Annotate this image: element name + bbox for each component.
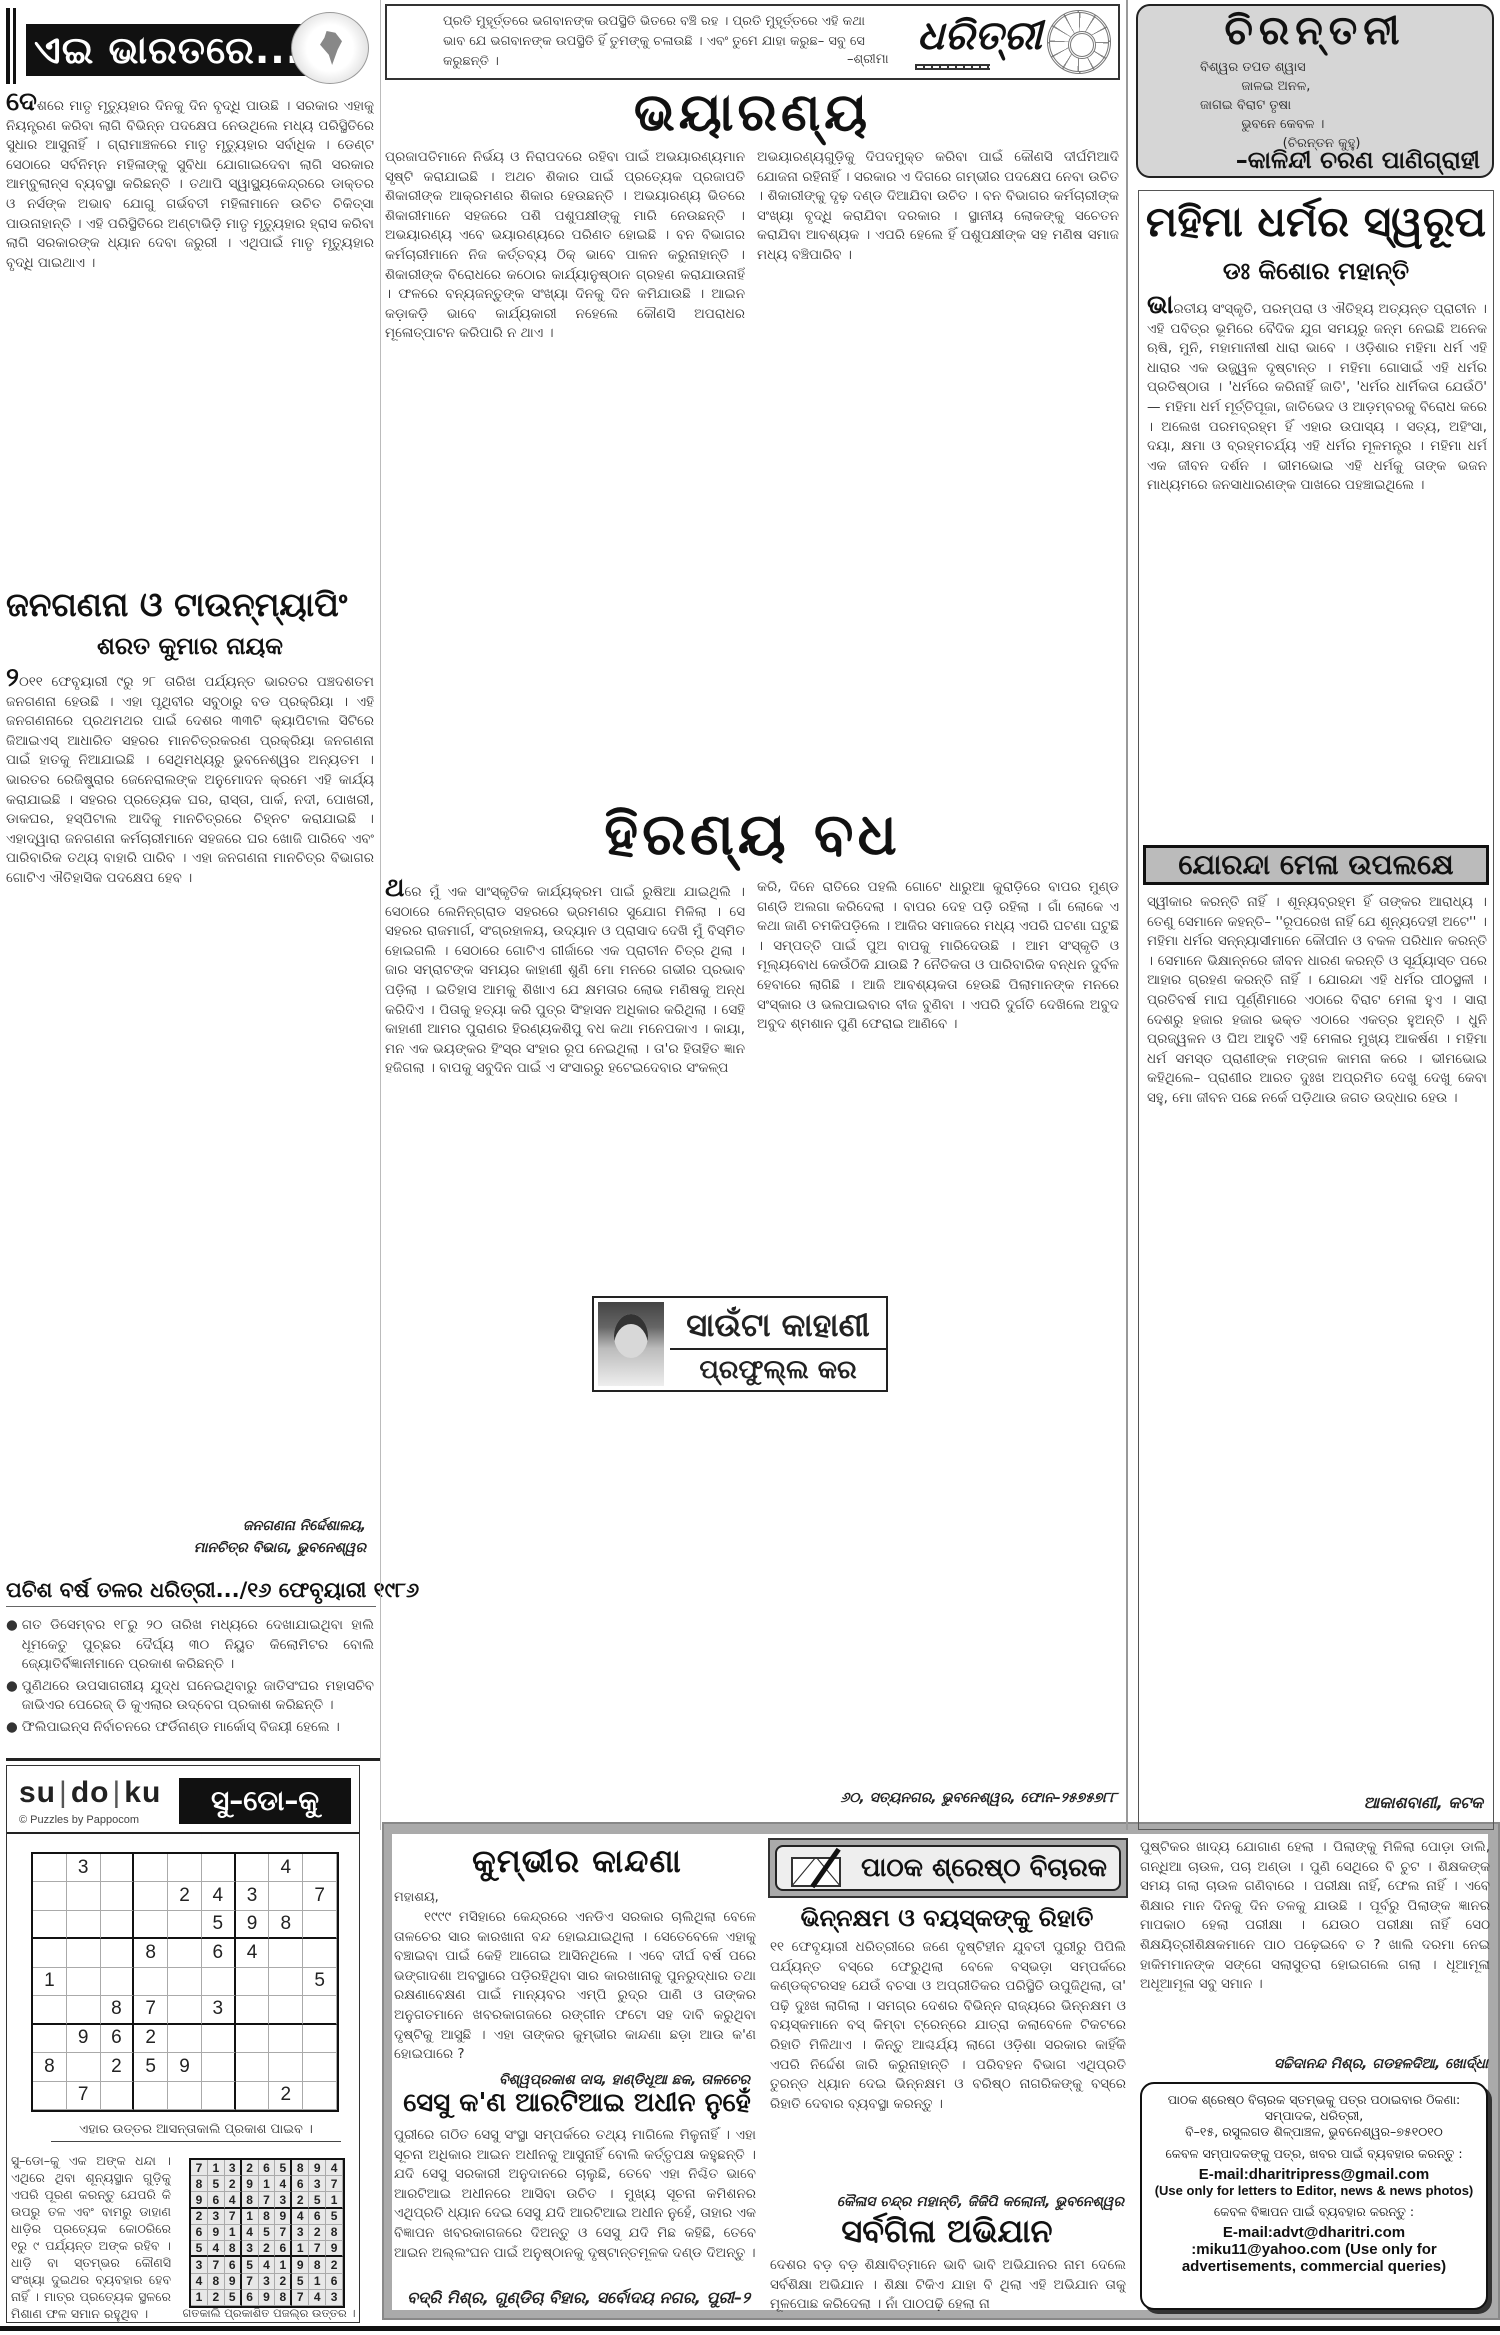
sudoku-cell: 2 — [134, 2025, 168, 2053]
sudoku-header: su|do|ku © Puzzles by Pappocom ସୁ–ଡୋ–କୁ — [7, 1766, 359, 1834]
editor-email-note: (Use only for letters to Editor, news & … — [1142, 2183, 1486, 2198]
kumbhira-signoff: ବିଶ୍ୱପ୍ରକାଶ ଦାସ, ହାଣ୍ଡିଧୂଆ ଛକ, ତାଳଚେର — [394, 2072, 750, 2088]
rti-signoff: ବଦ୍ରି ମିଶ୍ର, ଗୁଣ୍ଡିଚା ବିହାର, ସର୍ବୋଦୟ ନଗର… — [394, 2288, 750, 2308]
article-body: ୦୧୧ ଫେବୃୟାରୀ ୯ରୁ ୨୮ ତାରିଖ ପର୍ଯ୍ୟନ୍ତ ଭାରତ… — [6, 674, 374, 886]
sudoku-cell[interactable] — [33, 1939, 67, 1967]
census-title: ଜନଗଣନା ଓ ଟାଉନ୍ମ୍ୟାପିଂ — [6, 584, 376, 626]
sudoku-cell: 6 — [275, 2241, 292, 2257]
sudoku-cell: 3 — [275, 2192, 292, 2208]
sudoku-cell: 7 — [225, 2209, 242, 2225]
sudoku-cell: 7 — [208, 2257, 225, 2273]
sudoku-cell[interactable] — [67, 2053, 101, 2081]
sudoku-cell[interactable] — [101, 1939, 135, 1967]
sudoku-cell: 1 — [326, 2192, 343, 2208]
sudoku-cell: 5 — [208, 2176, 225, 2192]
twenty-five-years-list: ●ଗତ ଡିସେମ୍ବର ୧୮ରୁ ୨୦ ତାରିଖ ମଧ୍ୟରେ ଦେଖାଯା… — [6, 1616, 374, 1738]
saunta-kahani-title: ସାଉଁଟା କାହାଣୀ — [670, 1300, 886, 1350]
sudoku-cell[interactable] — [202, 2053, 236, 2081]
sudoku-cell[interactable] — [269, 2025, 303, 2053]
sudoku-cell: 2 — [191, 2209, 208, 2225]
sudoku-cell: 9 — [191, 2192, 208, 2208]
list-item: ●ଗତ ଡିସେମ୍ବର ୧୮ରୁ ୨୦ ତାରିଖ ମଧ୍ୟରେ ଦେଖାଯା… — [6, 1616, 374, 1675]
editor-address-box: ପାଠକ ଶ୍ରେଷ୍ଠ ବିଚାରକ ସ୍ତମ୍ଭକୁ ପତ୍ର ପଠାଇବା… — [1140, 2082, 1488, 2310]
sudoku-cell[interactable] — [67, 1882, 101, 1910]
saunta-kahani-box: ସାଉଁଟା କାହାଣୀ ପ୍ରଫୁଲ୍ଲ କର — [592, 1296, 888, 1392]
sudoku-cell: 4 — [242, 2225, 259, 2241]
chirantani-box: ଚିରନ୍ତନୀ ବିଶ୍ୱର ତପତ ଶ୍ୱାସ ଜାଳଇ ଅନଳ, ଜାଗଇ… — [1136, 4, 1494, 178]
list-item: ●ଫିଲିପାଇନ୍ସ ନିର୍ବାଚନରେ ଫର୍ଡିନାଣ୍ଡ ମାର୍କୋ… — [6, 1718, 374, 1738]
sudoku-cell: 3 — [202, 1996, 236, 2024]
sudoku-cell: 3 — [309, 2176, 326, 2192]
sudoku-cell: 3 — [236, 1882, 270, 1910]
sudoku-cell: 2 — [208, 2290, 225, 2306]
sudoku-cell: 8 — [275, 2290, 292, 2306]
sudoku-cell: 9 — [168, 2053, 202, 2081]
sudoku-cell[interactable] — [134, 1882, 168, 1910]
sudoku-cell: 2 — [168, 1882, 202, 1910]
sudoku-cell: 4 — [208, 2241, 225, 2257]
advt-email-link[interactable]: E-mail:advt@dharitri.com — [1142, 2224, 1486, 2241]
bullet-dot-icon: ● — [6, 1677, 18, 1716]
hiranya-badha-title: ହିରଣ୍ୟ ବଧ — [385, 796, 1120, 872]
census-signoff-1: ଜନଗଣନା ନିର୍ଦ୍ଦେଶାଳୟ, — [6, 1518, 366, 1534]
mahima-signoff: ଆକାଶବାଣୀ, କଟକ — [1147, 1793, 1483, 1813]
sudoku-cell[interactable] — [134, 1968, 168, 1996]
sudoku-cell: 7 — [309, 2241, 326, 2257]
sudoku-cell: 2 — [292, 2192, 309, 2208]
sudoku-cell: 5 — [191, 2241, 208, 2257]
sudoku-cell[interactable] — [33, 1996, 67, 2024]
sudoku-copyright: © Puzzles by Pappocom — [19, 1814, 139, 1826]
sudoku-cell: 9 — [275, 2209, 292, 2225]
ei-bharatare-article: ଦେଶରେ ମାତୃ ମୃତ୍ୟୁହାର ଦିନକୁ ଦିନ ବୃଦ୍ଧି ପା… — [6, 92, 374, 576]
sudoku-cell: 8 — [208, 2274, 225, 2290]
sudoku-cell: 6 — [292, 2176, 309, 2192]
sudoku-cell: 3 — [208, 2209, 225, 2225]
sudoku-cell: 9 — [259, 2290, 276, 2306]
sudoku-cell: 1 — [33, 1968, 67, 1996]
sudoku-cell[interactable] — [168, 1854, 202, 1882]
bullet-dot-icon: ● — [6, 1616, 18, 1675]
sudoku-cell[interactable] — [202, 2082, 236, 2110]
bhinnakshama-body: ୧୧ ଫେବୃୟାରୀ ଧରିତ୍ରୀରେ ଜଣେ ଦୃଷ୍ଟିହୀନ ଯୁବତ… — [770, 1938, 1126, 2182]
sudoku-cell: 6 — [225, 2257, 242, 2273]
kumbhira-title: କୁମ୍ଭୀର କାନ୍ଦଣା — [392, 1842, 762, 1881]
sudoku-cell: 2 — [309, 2225, 326, 2241]
dropcap: ୨ — [6, 668, 19, 693]
sudoku-cell: 8 — [191, 2176, 208, 2192]
bullet-dot-icon: ● — [6, 1718, 18, 1738]
sudoku-cell[interactable] — [303, 2053, 337, 2081]
sarvagila-title: ସର୍ବଗିଳା ଅଭିଯାନ — [768, 2212, 1126, 2251]
sudoku-cell: 4 — [191, 2274, 208, 2290]
sudoku-cell: 5 — [242, 2257, 259, 2273]
sudoku-cell: 2 — [275, 2274, 292, 2290]
sudoku-cell[interactable] — [33, 1882, 67, 1910]
sudoku-cell: 5 — [275, 2160, 292, 2176]
sudoku-cell: 8 — [259, 2209, 276, 2225]
sudoku-cell[interactable] — [101, 1911, 135, 1939]
sudoku-cell: 4 — [225, 2192, 242, 2208]
sudoku-cell: 7 — [134, 1996, 168, 2024]
sudoku-cell: 2 — [326, 2257, 343, 2273]
sudoku-cell: 2 — [101, 2053, 135, 2081]
sudoku-odia-badge: ସୁ–ଡୋ–କୁ — [179, 1778, 351, 1824]
ei-bharatare-title: ଏଇ ଭାରତରେ... — [26, 24, 311, 76]
sudoku-cell[interactable] — [202, 2025, 236, 2053]
sudoku-cell: 5 — [326, 2209, 343, 2225]
joranda-mela-title: ଯୋରନ୍ଦା ମେଳା ଉପଲକ୍ଷେ — [1143, 845, 1489, 885]
dropcap: ଭା — [1147, 295, 1173, 320]
mahima-title: ମହିମା ଧର୍ମର ସ୍ୱରୂପ — [1139, 197, 1493, 247]
sudoku-cell[interactable] — [101, 1882, 135, 1910]
wheel-emblem-icon — [1047, 10, 1111, 74]
sudoku-cell: 7 — [303, 1882, 337, 1910]
sudoku-cell[interactable] — [269, 1996, 303, 2024]
sudoku-cell: 3 — [67, 1854, 101, 1882]
quote-attribution: –ଶ୍ରୀମା — [847, 52, 889, 67]
sudoku-cell: 6 — [202, 1939, 236, 1967]
sudoku-cell[interactable] — [134, 2082, 168, 2110]
sudoku-cell: 6 — [191, 2225, 208, 2241]
sudoku-cell[interactable] — [236, 2053, 270, 2081]
sudoku-cell: 8 — [134, 1939, 168, 1967]
sudoku-cell[interactable] — [67, 1996, 101, 2024]
sudoku-cell: 4 — [309, 2290, 326, 2306]
sudoku-cell: 5 — [303, 1968, 337, 1996]
sudoku-cell[interactable] — [202, 1854, 236, 1882]
column-rule — [380, 0, 381, 1830]
sudoku-cell: 8 — [242, 2192, 259, 2208]
sudoku-answer-grid: 7132658948529146379648732512371894656914… — [189, 2158, 345, 2308]
bhayaranya-col1: ପ୍ରଜାପତିମାନେ ନିର୍ଭୟ ଓ ନିରାପଦରେ ରହିବା ପାଇ… — [385, 148, 745, 788]
sudoku-cell: 5 — [309, 2192, 326, 2208]
article-body: ରତୀୟ ସଂସ୍କୃତି, ପରମ୍ପରା ଓ ଐତିହ୍ୟ ଅତ୍ୟନ୍ତ … — [1147, 301, 1487, 493]
sudoku-cell: 4 — [326, 2160, 343, 2176]
advt-email-note: advertisements, commercial queries) — [1142, 2258, 1486, 2275]
masthead-quote-box: ପ୍ରତି ମୁହୂର୍ତ୍ତରେ ଭଗବାନଙ୍କ ଉପସ୍ଥିତି ଭିତର… — [385, 4, 1120, 80]
sudoku-cell: 6 — [326, 2274, 343, 2290]
sudoku-cell: 8 — [33, 2053, 67, 2081]
mahima-body-2: ସ୍ୱୀକାର କରନ୍ତି ନାହିଁ । ଶୂନ୍ୟବ୍ରହ୍ମ ହିଁ ତ… — [1147, 893, 1487, 1783]
sudoku-cell: 6 — [208, 2192, 225, 2208]
sudoku-cell[interactable] — [33, 1854, 67, 1882]
sudoku-panel: su|do|ku © Puzzles by Pappocom ସୁ–ଡୋ–କୁ … — [6, 1765, 360, 2323]
sarvagila-body-cont: ପୁଷ୍ଟିକର ଖାଦ୍ୟ ଯୋଗାଣ ହେଲା । ପିଲାଙ୍କୁ ମିଳ… — [1140, 1838, 1490, 2052]
logo-underline — [915, 64, 990, 70]
sudoku-cell: 1 — [242, 2209, 259, 2225]
sudoku-cell[interactable] — [303, 1911, 337, 1939]
sudoku-cell: 5 — [202, 1911, 236, 1939]
sudoku-cell: 5 — [292, 2274, 309, 2290]
banner-bar — [6, 8, 16, 84]
article-body: ଶରେ ମାତୃ ମୃତ୍ୟୁହାର ଦିନକୁ ଦିନ ବୃଦ୍ଧି ପାଉଛ… — [6, 98, 374, 271]
sudoku-cell: 1 — [191, 2290, 208, 2306]
sudoku-cell[interactable] — [101, 1968, 135, 1996]
sudoku-cell: 1 — [309, 2274, 326, 2290]
sudoku-cell: 9 — [208, 2225, 225, 2241]
sudoku-cell: 3 — [191, 2257, 208, 2273]
sudoku-cell[interactable] — [134, 1854, 168, 1882]
sudoku-cell: 3 — [292, 2225, 309, 2241]
article-body: ରେ ମୁଁ ଏକ ସାଂସ୍କୃତିକ କାର୍ଯ୍ୟକ୍ରମ ପାଇଁ ରୁ… — [385, 884, 745, 1076]
divider — [6, 1758, 380, 1761]
sudoku-cell[interactable] — [269, 2053, 303, 2081]
dharitri-logo-icon: ଧରିତ୍ରୀ — [917, 12, 1042, 59]
sudoku-cell: 3 — [225, 2160, 242, 2176]
sudoku-cell[interactable] — [303, 1854, 337, 1882]
sudoku-cell[interactable] — [236, 1996, 270, 2024]
sudoku-cell: 5 — [225, 2290, 242, 2306]
census-author: ଶରତ କୁମାର ନାୟକ — [0, 632, 380, 660]
sudoku-cell: 9 — [67, 2025, 101, 2053]
sudoku-cell: 9 — [309, 2160, 326, 2176]
sudoku-cell: 4 — [292, 2209, 309, 2225]
rti-title: ସେସୁ କ'ଣ ଆରଟିଆଇ ଅଧୀନ ନୁହେଁ — [392, 2088, 762, 2119]
saunta-kahani-author: ପ୍ରଫୁଲ୍ଲ କର — [670, 1350, 886, 1390]
sudoku-cell[interactable] — [101, 2082, 135, 2110]
sudoku-cell[interactable] — [303, 2025, 337, 2053]
sudoku-cell: 8 — [309, 2257, 326, 2273]
sudoku-cell: 9 — [242, 2176, 259, 2192]
column-rule — [1126, 0, 1128, 1830]
sudoku-cell: 7 — [259, 2192, 276, 2208]
kumbhira-salutation: ମହାଶୟ, — [394, 1888, 756, 1908]
sudoku-cell: 7 — [326, 2176, 343, 2192]
sudoku-cell[interactable] — [168, 1968, 202, 1996]
sudoku-cell[interactable] — [33, 2025, 67, 2053]
sudoku-cell: 5 — [259, 2225, 276, 2241]
author-photo — [598, 1302, 664, 1386]
sudoku-cell[interactable] — [236, 1854, 270, 1882]
sudoku-cell: 7 — [292, 2290, 309, 2306]
sudoku-cell[interactable] — [168, 1911, 202, 1939]
sudoku-cell: 1 — [225, 2225, 242, 2241]
sudoku-cell[interactable] — [33, 1911, 67, 1939]
india-map-icon — [291, 12, 369, 84]
sudoku-cell: 2 — [242, 2160, 259, 2176]
pathaka-shreshtha-badge: ପାଠକ ଶ୍ରେଷ୍ଠ ବିଚାରକ — [768, 1838, 1128, 1898]
sudoku-cell: 9 — [236, 1911, 270, 1939]
chirantani-title: ଚିରନ୍ତନୀ — [1138, 8, 1492, 54]
sudoku-cell[interactable] — [168, 2025, 202, 2053]
sudoku-cell: 8 — [101, 1996, 135, 2024]
sudoku-cell: 1 — [275, 2257, 292, 2273]
dropcap: ଦେ — [6, 92, 37, 117]
sudoku-cell: 3 — [326, 2290, 343, 2306]
kumbhira-body: ୧୯୯୯ ମସିହାରେ କେନ୍ଦ୍ରରେ ଏନଡିଏ ସରକାର ଚାଲିଥ… — [394, 1908, 756, 2068]
mahima-dharma-article: ମହିମା ଧର୍ମର ସ୍ୱରୂପ ଡଃ କିଶୋର ମହାନ୍ତି ଭାରତ… — [1138, 190, 1494, 1830]
sudoku-cell: 6 — [309, 2209, 326, 2225]
sudoku-cell[interactable] — [67, 1911, 101, 1939]
sudoku-cell[interactable] — [168, 2082, 202, 2110]
census-article: ୨୦୧୧ ଫେବୃୟାରୀ ୯ରୁ ୨୮ ତାରିଖ ପର୍ଯ୍ୟନ୍ତ ଭାର… — [6, 668, 374, 1478]
sudoku-cell[interactable] — [269, 1939, 303, 1967]
sarvagila-signoff: ସଚ୍ଚିଦାନନ୍ଦ ମିଶ୍ର, ଗଡହଳଦିଆ, ଖୋର୍ଦ୍ଧା — [1140, 2056, 1488, 2072]
sudoku-cell[interactable] — [101, 1854, 135, 1882]
bhinnakshama-signoff: କୈଳାସ ଚନ୍ଦ୍ର ମହାନ୍ତି, ଜିଜିପି କଲୋନୀ, ଭୁବନ… — [770, 2194, 1124, 2210]
sudoku-cell[interactable] — [67, 1968, 101, 1996]
sudoku-cell: 9 — [292, 2257, 309, 2273]
sudoku-instructions: ସୁ–ଡୋ–କୁ ଏକ ଅଙ୍କ ଧନ୍ଦା । ଏଥିରେ ଥିବା ଶୂନ୍… — [11, 2152, 171, 2322]
sudoku-cell: 7 — [275, 2225, 292, 2241]
mahima-body-1: ଭାରତୀୟ ସଂସ୍କୃତି, ପରମ୍ପରା ଓ ଐତିହ୍ୟ ଅତ୍ୟନ୍… — [1147, 295, 1487, 835]
sudoku-cell: 7 — [67, 2082, 101, 2110]
sudoku-cell[interactable] — [269, 1968, 303, 1996]
sudoku-cell[interactable] — [168, 1939, 202, 1967]
sudoku-cell[interactable] — [202, 1968, 236, 1996]
bhayaranya-title: ଭୟାରଣ୍ୟ — [385, 82, 1120, 144]
daily-quote: ପ୍ରତି ମୁହୂର୍ତ୍ତରେ ଭଗବାନଙ୍କ ଉପସ୍ଥିତି ଭିତର… — [443, 12, 873, 72]
sudoku-cell: 6 — [259, 2160, 276, 2176]
sudoku-cell: 2 — [225, 2176, 242, 2192]
sudoku-cell: 6 — [101, 2025, 135, 2053]
twenty-five-years-title: ପଚିଶ ବର୍ଷ ତଳର ଧରିତ୍ରୀ.../୧୬ ଫେବୃୟାରୀ ୧୯୮… — [6, 1574, 376, 1607]
left-column: ଏଇ ଭାରତରେ... ଦେଶରେ ମାତୃ ମୃତ୍ୟୁହାର ଦିନକୁ … — [0, 0, 380, 2335]
sudoku-cell: 7 — [242, 2274, 259, 2290]
address-line-2: ବି–୧୫, ରସୁଲଗଡ ଶିଳ୍ପାଞ୍ଚଳ, ଭୁବନେଶ୍ୱର–୭୫୧୦… — [1142, 2124, 1486, 2140]
mahima-author: ଡଃ କିଶୋର ମହାନ୍ତି — [1139, 257, 1493, 285]
sudoku-cell: 4 — [236, 1939, 270, 1967]
ei-bharatare-banner: ଏଇ ଭାରତରେ... — [6, 8, 376, 84]
bhayaranya-col2: ଅଭୟାରଣ୍ୟଗୁଡ଼ିକୁ ଦିପଦମୁକ୍ତ କରିବା ପାଇଁ କୌଣ… — [757, 148, 1119, 788]
sudoku-cell: 4 — [259, 2257, 276, 2273]
hiranya-signoff: ୬୦, ସତ୍ୟନଗର, ଭୁବନେଶ୍ୱର, ଫୋନ–୨୫୭୫୭୮୮ — [757, 1790, 1117, 1806]
sudoku-cell: 1 — [292, 2241, 309, 2257]
address-line-3: କେବଳ ସମ୍ପାଦକଙ୍କୁ ପତ୍ର, ଖବର ପାଇଁ ବ୍ୟବହାର … — [1142, 2146, 1486, 2162]
sudoku-cell[interactable] — [236, 1968, 270, 1996]
sarvagila-body: ଦେଶର ବଡ଼ ବଡ଼ ଶିକ୍ଷାବିତ୍‌ମାନେ ଭାବି ଭାବି ଅ… — [770, 2256, 1126, 2316]
sudoku-cell: 3 — [259, 2274, 276, 2290]
sudoku-cell[interactable] — [33, 2082, 67, 2110]
answer-caption: ଗତକାଲି ପ୍ରକାଶିତ ପଜଲ୍‌ର ଉତ୍ତର । — [177, 2306, 361, 2321]
miku-email-link[interactable]: :miku11@yahoo.com (Use only for — [1142, 2241, 1486, 2258]
sudoku-cell[interactable] — [168, 1996, 202, 2024]
sudoku-cell: 9 — [225, 2274, 242, 2290]
sudoku-cell: 8 — [326, 2225, 343, 2241]
sudoku-cell[interactable] — [303, 1996, 337, 2024]
sudoku-cell[interactable] — [303, 1939, 337, 1967]
sudoku-cell: 4 — [202, 1882, 236, 1910]
sudoku-cell: 8 — [292, 2160, 309, 2176]
sudoku-cell[interactable] — [236, 2082, 270, 2110]
bhinnakshama-title: ଭିନ୍ନକ୍ଷମ ଓ ବୟସ୍କଙ୍କୁ ରିହାତି — [768, 1904, 1126, 1932]
sudoku-cell[interactable] — [269, 1882, 303, 1910]
sudoku-cell: 5 — [134, 2053, 168, 2081]
sudoku-cell: 1 — [208, 2160, 225, 2176]
sudoku-cell: 4 — [275, 2176, 292, 2192]
sudoku-cell: 8 — [225, 2241, 242, 2257]
sudoku-cell: 3 — [242, 2241, 259, 2257]
answer-note: ଏହାର ଉତ୍ତର ଆସନ୍ତାକାଲି ପ୍ରକାଶ ପାଇବ । — [51, 2122, 341, 2142]
chirantani-author: –କାଳିନ୍ଦୀ ଚରଣ ପାଣିଗ୍ରାହୀ — [1236, 146, 1480, 174]
sudoku-puzzle-grid: 34243759886415873962825972 — [31, 1852, 339, 2112]
sudoku-cell[interactable] — [134, 1911, 168, 1939]
editor-email-link[interactable]: E-mail:dharitripress@gmail.com — [1142, 2166, 1486, 2183]
sudoku-cell: 8 — [269, 1911, 303, 1939]
sudoku-cell: 1 — [259, 2176, 276, 2192]
sudoku-cell: 4 — [269, 1854, 303, 1882]
rti-body: ପୁରୀରେ ଗଠିତ ସେସୁ ସଂସ୍ଥା ସମ୍ପର୍କରେ ତଥ୍ୟ ମ… — [394, 2126, 756, 2284]
sudoku-cell: 6 — [242, 2290, 259, 2306]
sudoku-cell[interactable] — [303, 2082, 337, 2110]
sudoku-cell[interactable] — [67, 1939, 101, 1967]
sudoku-cell: 9 — [326, 2241, 343, 2257]
sudoku-cell: 2 — [269, 2082, 303, 2110]
sudoku-logo: su|do|ku — [19, 1776, 161, 1810]
dropcap: ଥ — [385, 878, 404, 903]
census-signoff-2: ମାନଚିତ୍ର ବିଭାଗ, ଭୁବନେଶ୍ୱର — [6, 1540, 366, 1556]
address-line-1: ପାଠକ ଶ୍ରେଷ୍ଠ ବିଚାରକ ସ୍ତମ୍ଭକୁ ପତ୍ର ପଠାଇବା… — [1142, 2092, 1486, 2124]
address-line-4: କେବଳ ବିଜ୍ଞାପନ ପାଇଁ ବ୍ୟବହାର କରନ୍ତୁ : — [1142, 2204, 1486, 2220]
list-item: ●ପୁଣିଥରେ ଉପସାଗରୀୟ ଯୁଦ୍ଧ ଘନେଇଥିବାରୁ ଜାତିସ… — [6, 1677, 374, 1716]
sudoku-cell: 2 — [259, 2241, 276, 2257]
sudoku-cell: 7 — [191, 2160, 208, 2176]
chirantani-poem: ବିଶ୍ୱର ତପତ ଶ୍ୱାସ ଜାଳଇ ଅନଳ, ଜାଗଇ ବିରାଟ ତୃ… — [1200, 58, 1360, 153]
sudoku-cell[interactable] — [236, 2025, 270, 2053]
page-bottom-rule — [0, 2326, 1500, 2331]
